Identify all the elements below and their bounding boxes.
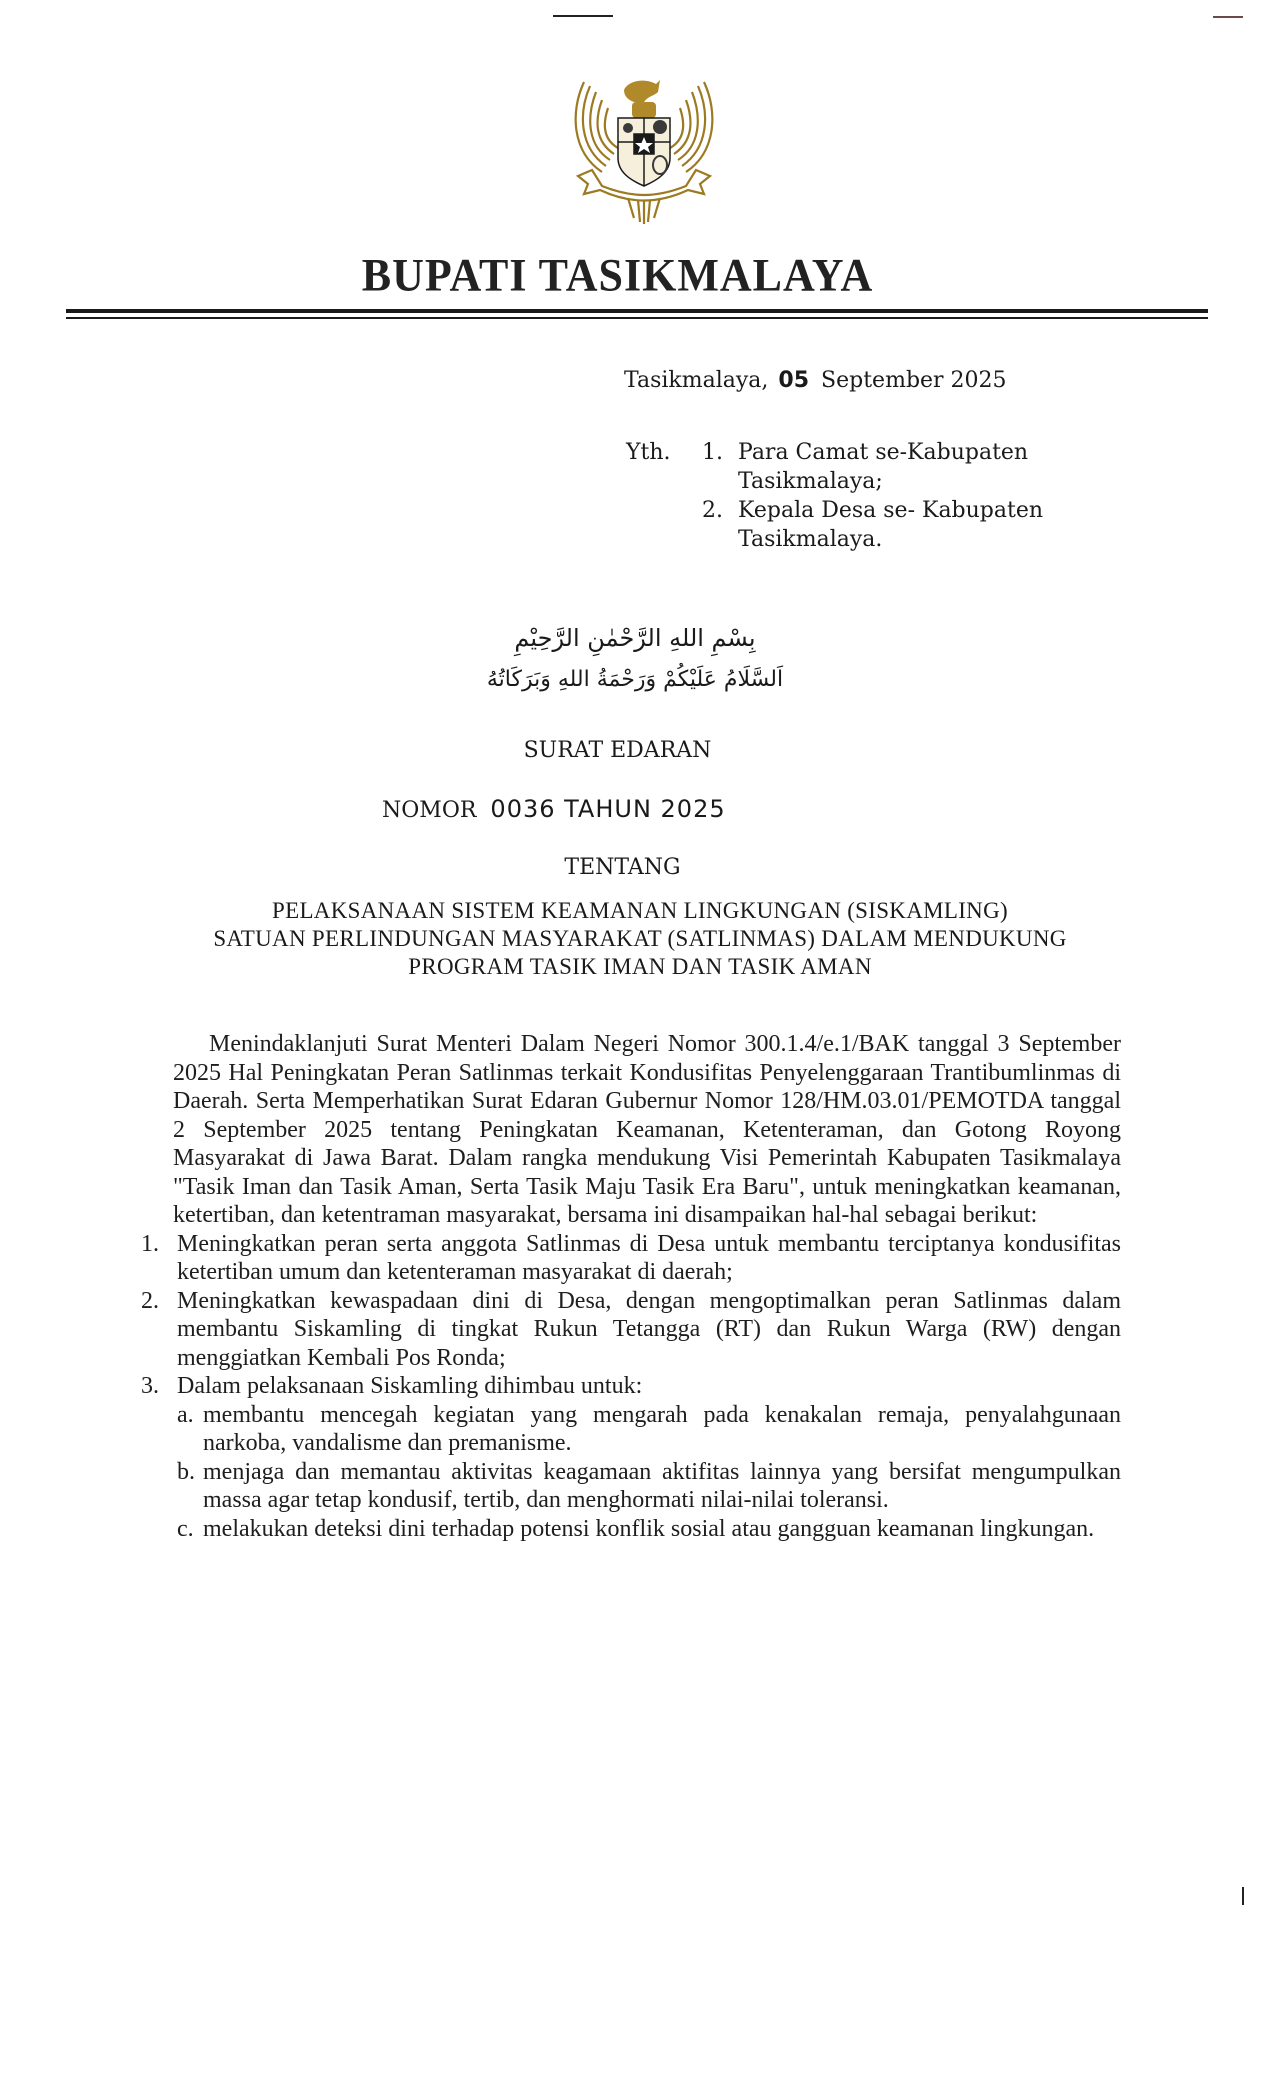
garuda-emblem-icon: [562, 62, 726, 226]
month-year: September 2025: [821, 368, 1007, 393]
handwritten-day: 05: [778, 368, 809, 393]
sub-list-item: b.menjaga dan memantau aktivitas keagama…: [177, 1458, 1121, 1515]
sub-list-item: c.melakukan deteksi dini terhadap potens…: [177, 1515, 1121, 1544]
place-date: Tasikmalaya,05September 2025: [624, 368, 1007, 393]
document-number: NOMOR0036 TAHUN 2025: [382, 795, 726, 823]
svg-text:اَلسَّلَامُ عَلَيْكُمْ وَرَحْم: اَلسَّلَامُ عَلَيْكُمْ وَرَحْمَةُ اللهِ …: [487, 663, 784, 692]
tentang-label: TENTANG: [0, 855, 1275, 880]
list-item: 1.Meningkatkan peran serta anggota Satli…: [141, 1230, 1121, 1287]
list-item: 3.Dalam pelaksanaan Siskamling dihimbau …: [141, 1372, 1121, 1543]
points-list: 1.Meningkatkan peran serta anggota Satli…: [173, 1230, 1121, 1544]
letterhead-rule: [66, 317, 1208, 319]
letterhead-rule: [66, 309, 1208, 313]
sub-list-item: a.membantu mencegah kegiatan yang mengar…: [177, 1401, 1121, 1458]
document-type: SURAT EDARAN: [0, 738, 1275, 763]
intro-paragraph: Menindaklanjuti Surat Menteri Dalam Nege…: [173, 1030, 1121, 1230]
handwritten-number: 0036 TAHUN 2025: [490, 795, 725, 823]
basmalah-calligraphy: بِسْمِ اللهِ الرَّحْمٰنِ الرَّحِيْمِ اَل…: [460, 612, 800, 702]
addressee-item: 1.Para Camat se-Kabupaten Tasikmalaya;: [702, 438, 1122, 496]
list-item: 2.Meningkatkan kewaspadaan dini di Desa,…: [141, 1287, 1121, 1373]
scan-mark: [1242, 1887, 1244, 1905]
addressee-label: Yth.: [626, 438, 671, 467]
svg-text:بِسْمِ اللهِ الرَّحْمٰنِ الرَّ: بِسْمِ اللهِ الرَّحْمٰنِ الرَّحِيْمِ: [513, 624, 756, 657]
document-subject: PELAKSANAAN SISTEM KEAMANAN LINGKUNGAN (…: [140, 897, 1140, 981]
subpoints-list: a.membantu mencegah kegiatan yang mengar…: [177, 1401, 1121, 1544]
scan-mark: [553, 15, 613, 17]
scan-mark: [1213, 16, 1243, 18]
place: Tasikmalaya,: [624, 368, 768, 393]
letterhead-title: BUPATI TASIKMALAYA: [0, 249, 1275, 303]
addressee-item: 2.Kepala Desa se- Kabupaten Tasikmalaya.: [702, 496, 1122, 554]
letter-body: Menindaklanjuti Surat Menteri Dalam Nege…: [173, 1030, 1121, 1543]
